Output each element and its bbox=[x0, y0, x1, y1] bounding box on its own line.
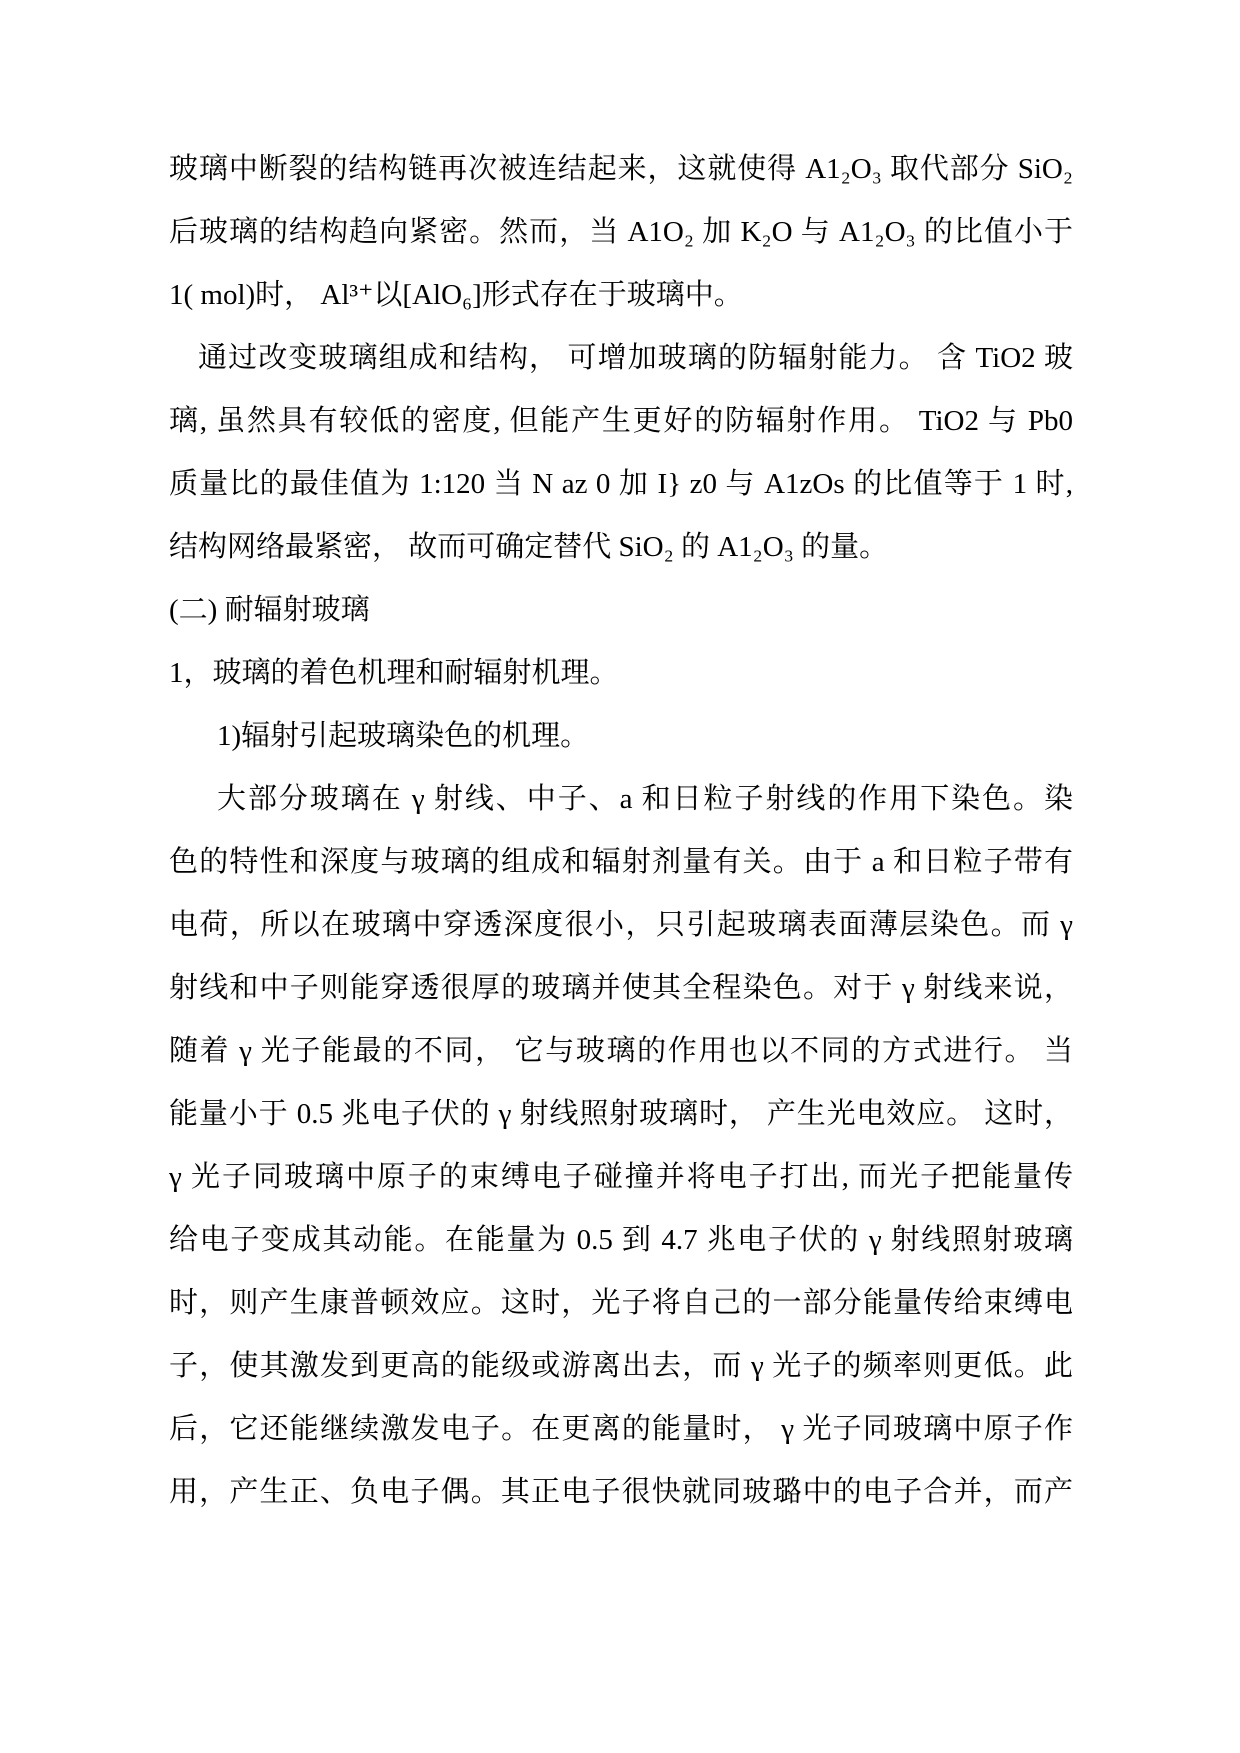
heading-line: (二) 耐辐射玻璃 bbox=[169, 579, 1073, 642]
section-heading: (二) 耐辐射玻璃 bbox=[169, 579, 1073, 642]
subsubsection-heading: 1)辐射引起玻璃染色的机理。 bbox=[169, 705, 1073, 768]
heading-line: 1)辐射引起玻璃染色的机理。 bbox=[169, 705, 1073, 768]
text-line: 通过改变玻璃组成和结构， 可增加玻璃的防辐射能力。 含 TiO2 玻 bbox=[169, 327, 1073, 390]
subsection-heading: 1，玻璃的着色机理和耐辐射机理。 bbox=[169, 642, 1073, 705]
text-line: 给电子变成其动能。在能量为 0.5 到 4.7 兆电子伏的 γ 射线照射玻璃 bbox=[169, 1209, 1073, 1272]
text-line: 玻璃中断裂的结构链再次被连结起来，这就使得 A1₂O₃ 取代部分 SiO₂ bbox=[169, 138, 1073, 201]
text-line: 用，产生正、负电子偶。其正电子很快就同玻璐中的电子合并，而产 bbox=[169, 1461, 1073, 1524]
text-line: γ 光子同玻璃中原子的束缚电子碰撞并将电子打出, 而光子把能量传 bbox=[169, 1146, 1073, 1209]
heading-line: 1，玻璃的着色机理和耐辐射机理。 bbox=[169, 642, 1073, 705]
paragraph-continuation: 玻璃中断裂的结构链再次被连结起来，这就使得 A1₂O₃ 取代部分 SiO₂ 后玻… bbox=[169, 138, 1073, 327]
text-line: 1( mol)时， Al³⁺以[AlO₆]形式存在于玻璃中。 bbox=[169, 264, 1073, 327]
text-line: 能量小于 0.5 兆电子伏的 γ 射线照射玻璃时， 产生光电效应。 这时， bbox=[169, 1083, 1073, 1146]
text-line: 电荷，所以在玻璃中穿透深度很小，只引起玻璃表面薄层染色。而 γ bbox=[169, 894, 1073, 957]
text-line: 大部分玻璃在 γ 射线、中子、a 和日粒子射线的作用下染色。染 bbox=[169, 768, 1073, 831]
text-line: 色的特性和深度与玻璃的组成和辐射剂量有关。由于 a 和日粒子带有 bbox=[169, 831, 1073, 894]
text-line: 结构网络最紧密， 故而可确定替代 SiO₂ 的 A1₂O₃ 的量。 bbox=[169, 516, 1073, 579]
text-line: 子，使其激发到更高的能级或游离出去，而 γ 光子的频率则更低。此 bbox=[169, 1335, 1073, 1398]
text-line: 后玻璃的结构趋向紧密。然而，当 A1O₂ 加 K₂O 与 A1₂O₃ 的比值小于 bbox=[169, 201, 1073, 264]
text-line: 射线和中子则能穿透很厚的玻璃并使其全程染色。对于 γ 射线来说， bbox=[169, 957, 1073, 1020]
page: 玻璃中断裂的结构链再次被连结起来，这就使得 A1₂O₃ 取代部分 SiO₂ 后玻… bbox=[0, 0, 1240, 1753]
text-line: 后，它还能继续激发电子。在更离的能量时， γ 光子同玻璃中原子作 bbox=[169, 1398, 1073, 1461]
paragraph-tio2: 通过改变玻璃组成和结构， 可增加玻璃的防辐射能力。 含 TiO2 玻 璃, 虽然… bbox=[169, 327, 1073, 579]
text-line: 璃, 虽然具有较低的密度, 但能产生更好的防辐射作用。 TiO2 与 Pb0 bbox=[169, 390, 1073, 453]
text-line: 质量比的最佳值为 1:120 当 N az 0 加 I} z0 与 A1zOs … bbox=[169, 453, 1073, 516]
paragraph-coloring-mechanism: 大部分玻璃在 γ 射线、中子、a 和日粒子射线的作用下染色。染 色的特性和深度与… bbox=[169, 768, 1073, 1524]
text-body: 玻璃中断裂的结构链再次被连结起来，这就使得 A1₂O₃ 取代部分 SiO₂ 后玻… bbox=[169, 138, 1073, 1524]
text-line: 时，则产生康普顿效应。这时，光子将自己的一部分能量传给束缚电 bbox=[169, 1272, 1073, 1335]
text-line: 随着 γ 光子能最的不同， 它与玻璃的作用也以不同的方式进行。 当 bbox=[169, 1020, 1073, 1083]
